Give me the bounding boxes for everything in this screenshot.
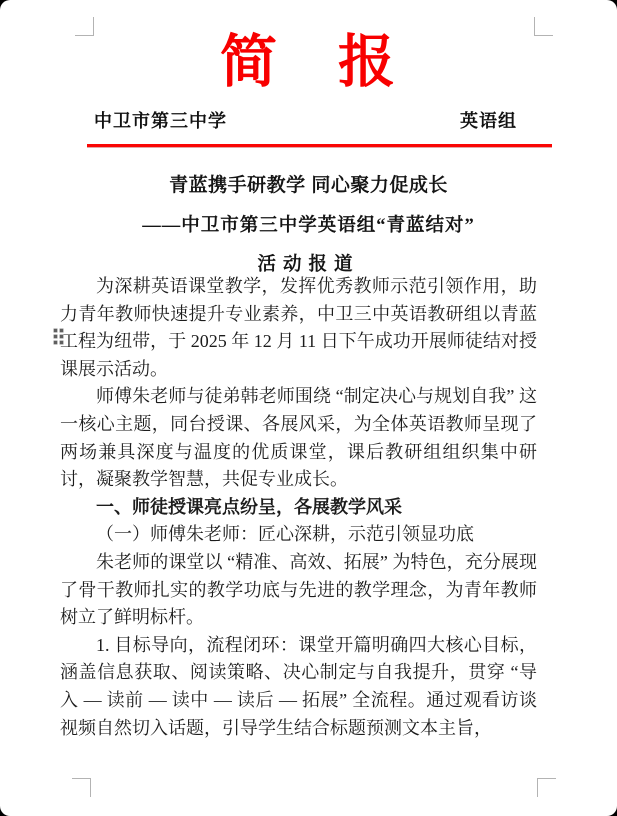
crop-mark-top-left-icon	[75, 17, 94, 36]
paragraph-body: 1. 目标导向，流程闭环：课堂开篇明确四大核心目标，涵盖信息获取、阅读策略、决心…	[60, 632, 537, 742]
paragraph-body: 朱老师的课堂以 “精准、高效、拓展” 为特色，充分展现了骨干教师扎实的教学功底与…	[60, 549, 537, 632]
article-title: 青蓝携手研教学 同心聚力促成长	[0, 170, 617, 197]
drag-handle-icon[interactable]	[54, 329, 63, 344]
crop-mark-top-right-icon	[534, 17, 553, 36]
document-page: 简 报 中卫市第三中学 英语组 青蓝携手研教学 同心聚力促成长 ——中卫市第三中…	[0, 0, 617, 816]
article-subtitle: ——中卫市第三中学英语组“青蓝结对”	[0, 211, 617, 237]
masthead-title: 简 报	[0, 32, 617, 95]
article-body: 为深耕英语课堂教学，发挥优秀教师示范引领作用，助力青年教师快速提升专业素养，中卫…	[60, 273, 537, 742]
paragraph-sub: （一）师傅朱老师：匠心深耕，示范引领显功底	[60, 521, 537, 549]
paragraph-body: 师傅朱老师与徒弟韩老师围绕 “制定决心与规划自我” 这一核心主题，同台授课、各展…	[60, 383, 537, 493]
paragraph-body: 为深耕英语课堂教学，发挥优秀教师示范引领作用，助力青年教师快速提升专业素养，中卫…	[60, 273, 537, 383]
document-viewer: 简 报 中卫市第三中学 英语组 青蓝携手研教学 同心聚力促成长 ——中卫市第三中…	[0, 0, 617, 816]
paragraph-heading: 一、师徒授课亮点纷呈，各展教学风采	[60, 494, 537, 522]
header-school-name: 中卫市第三中学	[94, 107, 227, 133]
article-title-block: 青蓝携手研教学 同心聚力促成长 ——中卫市第三中学英语组“青蓝结对” 活动报道	[0, 170, 617, 276]
crop-mark-bottom-right-icon	[537, 778, 556, 797]
header-group-name: 英语组	[460, 107, 517, 133]
header-red-rule	[87, 144, 552, 147]
crop-mark-bottom-left-icon	[72, 778, 91, 797]
